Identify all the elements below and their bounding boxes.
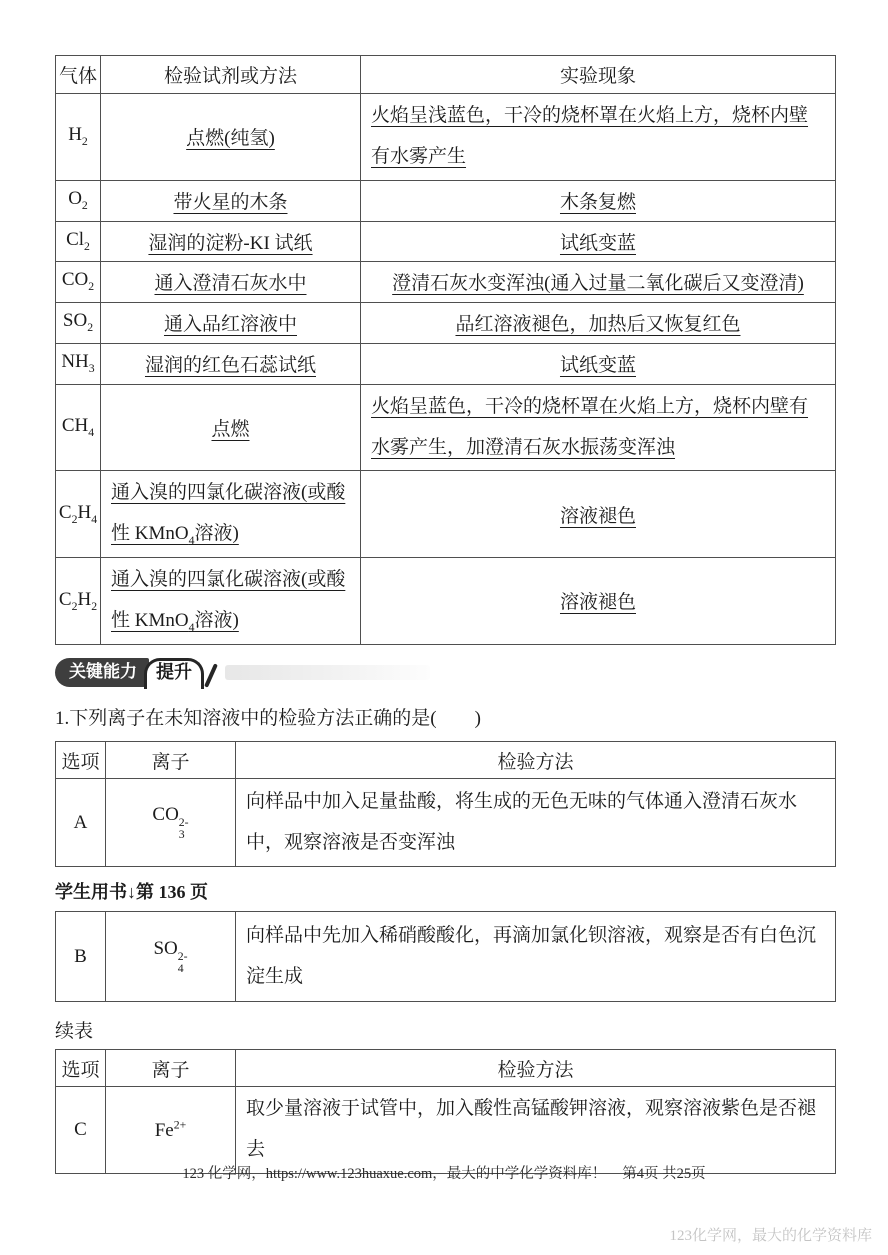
footer-page-number: 第4页 共25页: [622, 1166, 705, 1182]
method-text: 湿润的红色石蕊试纸: [145, 355, 316, 376]
phenomenon-text: 品红溶液褪色，加热后又恢复红色: [455, 314, 740, 335]
table-row: B SO2-4 向样品中先加入稀硝酸酸化，再滴加氯化钡溶液，观察是否有白色沉淀生…: [56, 912, 836, 1002]
table-row: C2H2 通入溴的四氯化碳溶液(或酸性 KMnO4溶液) 溶液褪色: [56, 558, 836, 645]
ion-test-table-continued: B SO2-4 向样品中先加入稀硝酸酸化，再滴加氯化钡溶液，观察是否有白色沉淀生…: [55, 911, 836, 1002]
phenomenon-text: 木条复燃: [560, 192, 636, 213]
footer-site-text: 123 化学网，https://www.123huaxue.com，最大的中学化…: [182, 1166, 606, 1182]
table-row: O2 带火星的木条 木条复燃: [56, 180, 836, 221]
page-footer: 123 化学网，https://www.123huaxue.com，最大的中学化…: [0, 1162, 888, 1183]
badge-primary-label: 关键能力: [55, 658, 149, 687]
header-option: 选项: [56, 1050, 106, 1087]
table-row: C Fe2+ 取少量溶液于试管中，加入酸性高锰酸钾溶液，观察溶液紫色是否褪去: [56, 1087, 836, 1174]
ion-formula: SO2-4: [153, 938, 187, 959]
table-row: CO2 通入澄清石灰水中 澄清石灰水变浑浊(通入过量二氧化碳后又变澄清): [56, 261, 836, 302]
phenomenon-text: 澄清石灰水变浑浊(通入过量二氧化碳后又变澄清): [392, 273, 804, 294]
phenomenon-text: 火焰呈浅蓝色，干冷的烧杯罩在火焰上方，烧杯内壁有水雾产生: [371, 105, 808, 167]
table-row: NH3 湿润的红色石蕊试纸 试纸变蓝: [56, 343, 836, 384]
table-row: C2H4 通入溴的四氯化碳溶液(或酸性 KMnO4溶液) 溶液褪色: [56, 471, 836, 558]
gas-detection-table: 气体 检验试剂或方法 实验现象 H2 点燃(纯氢) 火焰呈浅蓝色，干冷的烧杯罩在…: [55, 55, 836, 645]
method-text: 通入品红溶液中: [164, 314, 297, 335]
table-row: Cl2 湿润的淀粉-KI 试纸 试纸变蓝: [56, 221, 836, 261]
gas-formula: NH3: [61, 351, 94, 372]
header-option: 选项: [56, 742, 106, 779]
header-gas: 气体: [56, 56, 101, 94]
method-text: 通入溴的四氯化碳溶液(或酸性 KMnO4溶液): [111, 569, 345, 631]
method-text: 带火星的木条: [173, 192, 287, 213]
header-method: 检验试剂或方法: [101, 56, 361, 94]
method-text: 点燃: [211, 419, 249, 440]
ion-test-table-part3: 选项 离子 检验方法 C Fe2+ 取少量溶液于试管中，加入酸性高锰酸钾溶液，观…: [55, 1049, 836, 1174]
table-header-row: 选项 离子 检验方法: [56, 1050, 836, 1087]
section-badge: 关键能力 提升: [55, 656, 835, 690]
badge-secondary-label: 提升: [144, 658, 204, 689]
method-text: 通入澄清石灰水中: [154, 273, 306, 294]
badge-decoration-bar: [225, 665, 430, 680]
gas-formula: SO2: [63, 310, 93, 331]
option-letter: A: [56, 779, 106, 867]
table-header-row: 气体 检验试剂或方法 实验现象: [56, 56, 836, 94]
table-row: H2 点燃(纯氢) 火焰呈浅蓝色，干冷的烧杯罩在火焰上方，烧杯内壁有水雾产生: [56, 94, 836, 181]
ion-test-table: 选项 离子 检验方法 A CO2-3 向样品中加入足量盐酸，将生成的无色无味的气…: [55, 741, 836, 867]
student-book-note: 学生用书↓第 136 页: [55, 878, 835, 904]
table-row: A CO2-3 向样品中加入足量盐酸，将生成的无色无味的气体通入澄清石灰水中，观…: [56, 779, 836, 867]
test-method-text: 向样品中先加入稀硝酸酸化，再滴加氯化钡溶液，观察是否有白色沉淀生成: [246, 925, 816, 987]
gas-formula: CH4: [62, 415, 94, 436]
gas-formula: CO2: [62, 269, 94, 290]
gas-formula: O2: [68, 188, 88, 209]
table-header-row: 选项 离子 检验方法: [56, 742, 836, 779]
option-letter: C: [56, 1087, 106, 1174]
watermark-text: 123化学网，最大的化学资料库: [669, 1224, 872, 1245]
ion-formula: Fe2+: [155, 1120, 187, 1141]
page-content: 气体 检验试剂或方法 实验现象 H2 点燃(纯氢) 火焰呈浅蓝色，干冷的烧杯罩在…: [55, 0, 835, 1174]
test-method-text: 取少量溶液于试管中，加入酸性高锰酸钾溶液，观察溶液紫色是否褪去: [246, 1098, 816, 1160]
gas-formula: Cl2: [66, 229, 90, 250]
phenomenon-text: 溶液褪色: [560, 506, 636, 527]
method-text: 通入溴的四氯化碳溶液(或酸性 KMnO4溶液): [111, 482, 345, 544]
method-text: 湿润的淀粉-KI 试纸: [148, 233, 312, 254]
gas-formula: H2: [68, 124, 88, 145]
header-ion: 离子: [106, 1050, 236, 1087]
method-text: 点燃(纯氢): [186, 128, 275, 149]
header-test-method: 检验方法: [236, 1050, 836, 1087]
header-test-method: 检验方法: [236, 742, 836, 779]
document-page: { "colors": { "badge_background": "#3e3e…: [0, 0, 888, 1255]
gas-formula: C2H4: [59, 502, 97, 523]
phenomenon-text: 溶液褪色: [560, 592, 636, 613]
test-method-text: 向样品中加入足量盐酸，将生成的无色无味的气体通入澄清石灰水中，观察溶液是否变浑浊: [246, 791, 797, 853]
phenomenon-text: 火焰呈蓝色，干冷的烧杯罩在火焰上方，烧杯内壁有水雾产生，加澄清石灰水振荡变浑浊: [371, 396, 808, 458]
gas-formula: C2H2: [59, 589, 97, 610]
badge-tail-stroke: [204, 664, 218, 688]
question-text: 1.下列离子在未知溶液中的检验方法正确的是( ): [55, 706, 835, 733]
ion-formula: CO2-3: [152, 804, 188, 825]
table-row: SO2 通入品红溶液中 品红溶液褪色，加热后又恢复红色: [56, 302, 836, 343]
phenomenon-text: 试纸变蓝: [560, 233, 636, 254]
phenomenon-text: 试纸变蓝: [560, 355, 636, 376]
option-letter: B: [56, 912, 106, 1002]
header-ion: 离子: [106, 742, 236, 779]
header-phenomenon: 实验现象: [361, 56, 836, 94]
table-row: CH4 点燃 火焰呈蓝色，干冷的烧杯罩在火焰上方，烧杯内壁有水雾产生，加澄清石灰…: [56, 384, 836, 471]
continued-table-label: 续表: [55, 1016, 835, 1043]
